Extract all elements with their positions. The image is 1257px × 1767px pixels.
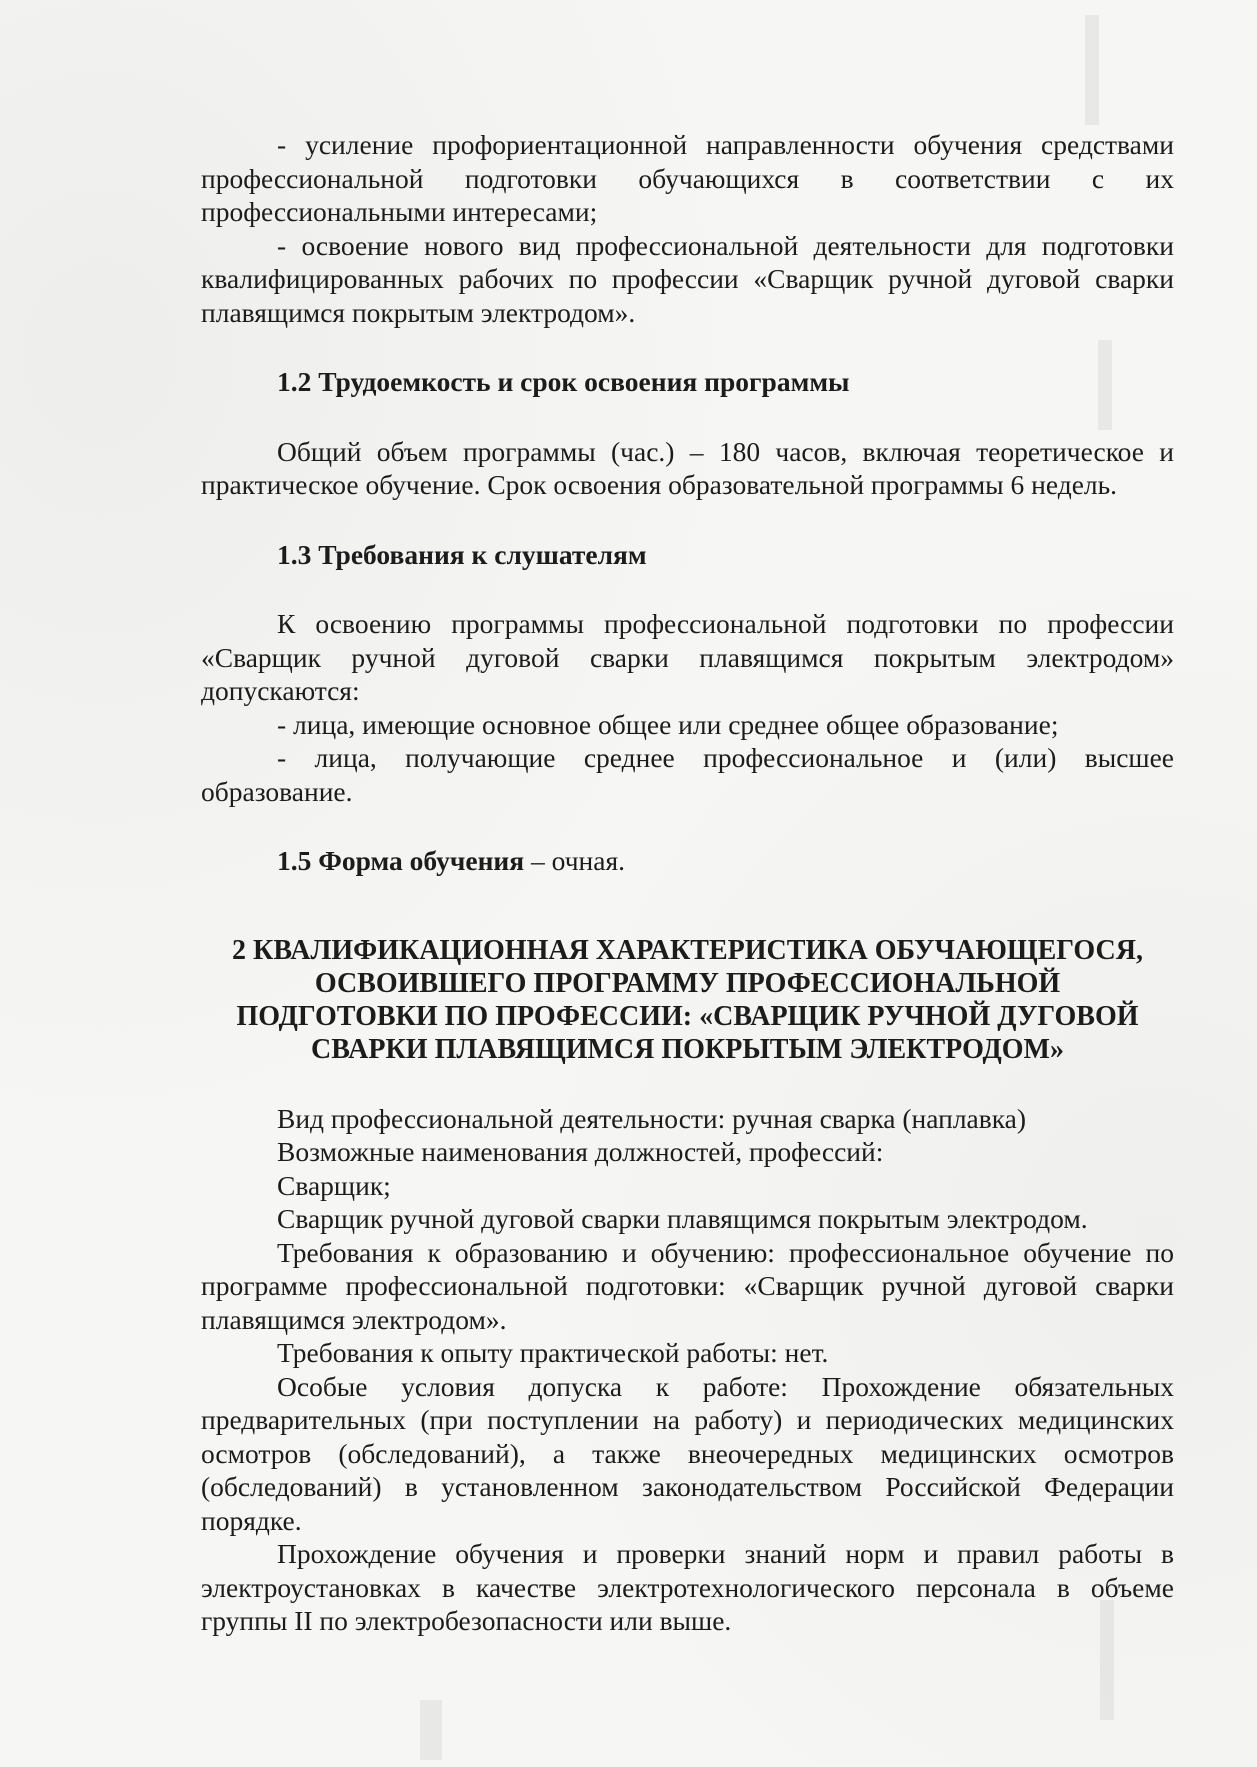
electrical-safety: Прохождение обучения и проверки знаний н… bbox=[201, 1537, 1174, 1638]
document-body: - усиление профориентационной направленн… bbox=[201, 128, 1174, 1638]
positions-label: Возможные наименования должностей, профе… bbox=[201, 1135, 1174, 1169]
section-heading-1-5: 1.5 Форма обучения bbox=[277, 845, 524, 876]
scanned-page: - усиление профориентационной направленн… bbox=[0, 0, 1257, 1767]
position-item: Сварщик; bbox=[201, 1169, 1174, 1203]
experience-requirements: Требования к опыту практической работы: … bbox=[201, 1336, 1174, 1370]
scan-artifact bbox=[420, 1700, 442, 1760]
section-heading-2-line: СВАРКИ ПЛАВЯЩИМСЯ ПОКРЫТЫМ ЭЛЕКТРОДОМ» bbox=[201, 1033, 1174, 1066]
scan-artifact bbox=[1085, 15, 1099, 125]
section-heading-2-line: ПОДГОТОВКИ ПО ПРОФЕССИИ: «СВАРЩИК РУЧНОЙ… bbox=[201, 1000, 1174, 1033]
section-1-5: 1.5 Форма обучения – очная. bbox=[201, 844, 1174, 878]
section-1-2-text: Общий объем программы (час.) – 180 часов… bbox=[201, 435, 1174, 502]
section-heading-2-line: 2 КВАЛИФИКАЦИОННАЯ ХАРАКТЕРИСТИКА ОБУЧАЮ… bbox=[201, 934, 1174, 967]
eligibility-bullet: - лица, получающие среднее профессиональ… bbox=[201, 741, 1174, 808]
section-heading-1-3: 1.3 Требования к слушателям bbox=[201, 538, 1174, 572]
section-1-3-text: К освоению программы профессиональной по… bbox=[201, 607, 1174, 708]
section-heading-2: 2 КВАЛИФИКАЦИОННАЯ ХАРАКТЕРИСТИКА ОБУЧАЮ… bbox=[201, 934, 1174, 1066]
intro-bullet: - усиление профориентационной направленн… bbox=[201, 128, 1174, 229]
study-form-value: – очная. bbox=[524, 845, 625, 876]
activity-type: Вид профессиональной деятельности: ручна… bbox=[201, 1102, 1174, 1136]
section-heading-1-2: 1.2 Трудоемкость и срок освоения програм… bbox=[201, 365, 1174, 399]
position-item: Сварщик ручной дуговой сварки плавящимся… bbox=[201, 1202, 1174, 1236]
section-heading-2-line: ОСВОИВШЕГО ПРОГРАММУ ПРОФЕССИОНАЛЬНОЙ bbox=[201, 967, 1174, 1000]
special-conditions: Особые условия допуска к работе: Прохожд… bbox=[201, 1370, 1174, 1538]
intro-bullet: - освоение нового вид профессиональной д… bbox=[201, 229, 1174, 330]
education-requirements: Требования к образованию и обучению: про… bbox=[201, 1236, 1174, 1337]
eligibility-bullet: - лица, имеющие основное общее или средн… bbox=[201, 708, 1174, 742]
